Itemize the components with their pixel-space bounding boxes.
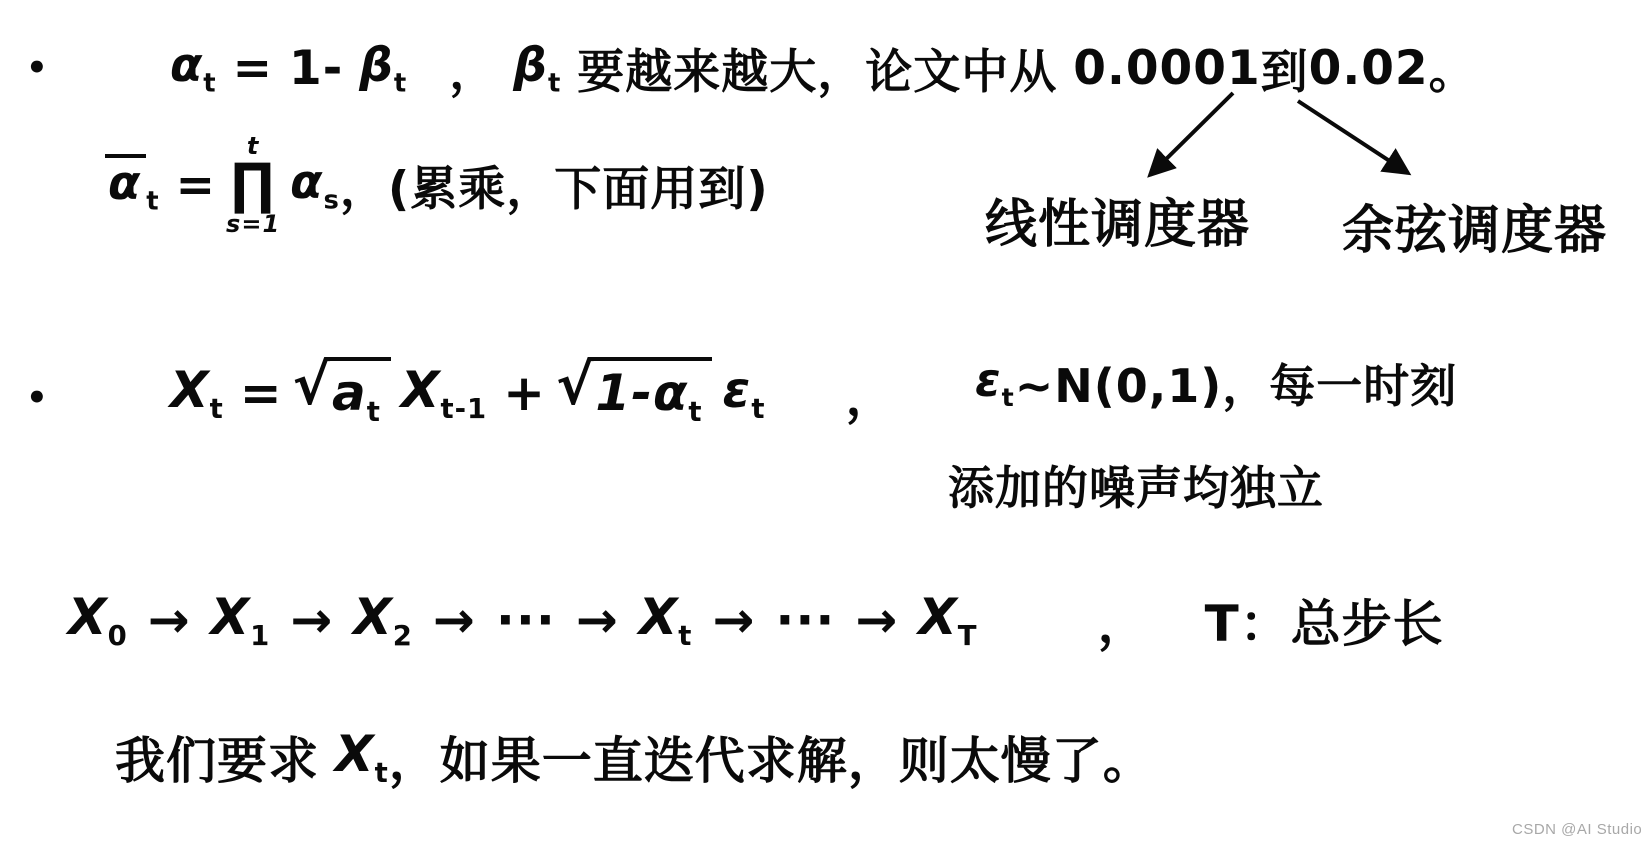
beta-t-term-2: βt [513, 38, 561, 98]
chain-xt: Xt [639, 588, 693, 652]
equals-sign-3: = [240, 364, 283, 422]
linear-scheduler-label: 线性调度器 [985, 182, 1250, 257]
beta-growth-text: 要越来越大，论文中从 [577, 35, 1057, 102]
radicand-2-subscript: t [688, 396, 702, 428]
beta-subscript: t [394, 68, 407, 98]
remark-x-t-term: Xt [335, 725, 389, 789]
scheduler-arrows [1100, 85, 1440, 190]
noise-distribution-line: εt ~N(0,1)，每一时刻 [975, 350, 1457, 416]
chain-x2-subscript: 2 [393, 620, 413, 652]
forward-process-formula: Xt = √ at Xt-1 + √ 1-αt εt ， [170, 345, 896, 440]
chain-x0: X0 [68, 588, 128, 652]
product-lower-limit: s=1 [226, 212, 280, 236]
final-remark-line: 我们要求 Xt ，如果一直迭代求解，则太慢了。 [115, 712, 1154, 802]
chain-arrow-3: → [433, 591, 476, 649]
chain-arrow-1: → [148, 591, 191, 649]
remark-x-symbol: X [335, 725, 375, 783]
equals-sign: = [233, 41, 273, 96]
cosine-scheduler-label: 余弦调度器 [1342, 188, 1607, 263]
epsilon-symbol-2: ε [975, 353, 1002, 407]
x-symbol: X [170, 361, 210, 419]
chain-x2: X2 [353, 588, 413, 652]
total-steps-definition: T：总步长 [1205, 584, 1444, 656]
noise-independence-line: 添加的噪声均独立 [948, 452, 1324, 518]
chain-xT: XT [918, 588, 977, 652]
alpha-s-subscript: s [323, 185, 339, 215]
beta-symbol-2: β [513, 38, 548, 93]
chain-ellipsis-2: ··· [775, 591, 835, 649]
chain-x2-symbol: X [353, 588, 393, 646]
chain-arrow-4: → [576, 591, 619, 649]
handwritten-notes-canvas: • αt = 1- βt ， βt 要越来越大，论文中从 0.0001 到 0.… [0, 0, 1641, 848]
chain-x1-subscript: 1 [250, 620, 270, 652]
remark-suffix: ，如果一直迭代求解，则太慢了。 [389, 721, 1154, 793]
alpha-bar-symbol: α [105, 154, 146, 207]
beta-symbol: β [359, 38, 394, 93]
epsilon-subscript-2: t [1002, 384, 1015, 413]
chain-arrow-5: → [712, 591, 755, 649]
x-prev-subscript: t-1 [440, 393, 487, 425]
chain-x1: X1 [211, 588, 271, 652]
x-prev-symbol: X [401, 361, 441, 419]
beta-t-term: βt [359, 38, 407, 98]
equals-sign-2: = [176, 158, 216, 213]
chain-xT-symbol: X [918, 588, 958, 646]
comma: ， [449, 35, 497, 102]
chain-x1-symbol: X [211, 588, 251, 646]
radicand-1-symbol: a [332, 364, 367, 422]
chain-xt-symbol: X [639, 588, 679, 646]
chain-x0-symbol: X [68, 588, 108, 646]
alpha-subscript: t [203, 68, 216, 98]
arrow-to-linear-scheduler [1150, 93, 1233, 175]
normal-distribution-text: ~N(0,1)，每一时刻 [1015, 350, 1458, 416]
x-subscript: t [210, 393, 224, 425]
arrow-to-cosine-scheduler [1298, 101, 1408, 173]
radicand-one-minus-alpha-t: 1-αt [589, 357, 712, 428]
alpha-s-symbol: α [290, 155, 323, 210]
epsilon-symbol: ε [722, 361, 751, 419]
comma-2: ， [845, 357, 896, 429]
radicand-1-subscript: t [367, 396, 381, 428]
chain-arrow-6: → [855, 591, 898, 649]
product-operator: t ∏ s=1 [226, 134, 280, 235]
x-t-minus-1-term: Xt-1 [401, 361, 487, 425]
epsilon-t-term: εt [722, 361, 765, 425]
csdn-watermark: CSDN @AI Studio [1512, 821, 1641, 838]
one-minus: 1- [289, 41, 343, 96]
comma-3: ， [1098, 584, 1149, 656]
plus-sign: + [503, 364, 546, 422]
markov-chain-line: X0 → X1 → X2 → ··· → Xt → ··· → XT ， T：总… [68, 580, 1444, 660]
beta-subscript-2: t [548, 68, 561, 98]
cumulative-product-note: ，(累乘，下面用到) [340, 152, 769, 219]
alpha-t-term: αt [170, 38, 217, 98]
epsilon-subscript: t [751, 393, 765, 425]
alpha-bar-subscript: t [146, 186, 159, 216]
page: { "colors": { "ink": "#0a0a0a", "bg": "#… [0, 0, 1641, 848]
chain-arrow-2: → [290, 591, 333, 649]
alpha-bar-t-term: αt [105, 154, 160, 216]
alpha-symbol: α [170, 38, 203, 93]
alpha-bar-definition-line: αt = t ∏ s=1 αs ，(累乘，下面用到) [105, 120, 769, 250]
chain-xT-subscript: T [958, 620, 978, 652]
remark-x-subscript: t [375, 757, 389, 789]
bullet-point-2: • [26, 378, 48, 418]
sqrt-alpha-t: √ at [293, 357, 391, 428]
x-t-term: Xt [170, 361, 224, 425]
alpha-s-term: αs [290, 155, 340, 215]
chain-xt-subscript: t [678, 620, 692, 652]
product-symbol: ∏ [231, 158, 276, 211]
chain-ellipsis-1: ··· [496, 591, 556, 649]
epsilon-t-term-2: εt [975, 353, 1015, 412]
remark-prefix: 我们要求 [115, 721, 319, 793]
radicand-alpha-t: at [326, 357, 391, 428]
sqrt-one-minus-alpha-t: √ 1-αt [556, 357, 712, 428]
radicand-2-symbol: 1-α [595, 364, 688, 422]
bullet-point-1: • [26, 48, 48, 88]
chain-x0-subscript: 0 [108, 620, 128, 652]
